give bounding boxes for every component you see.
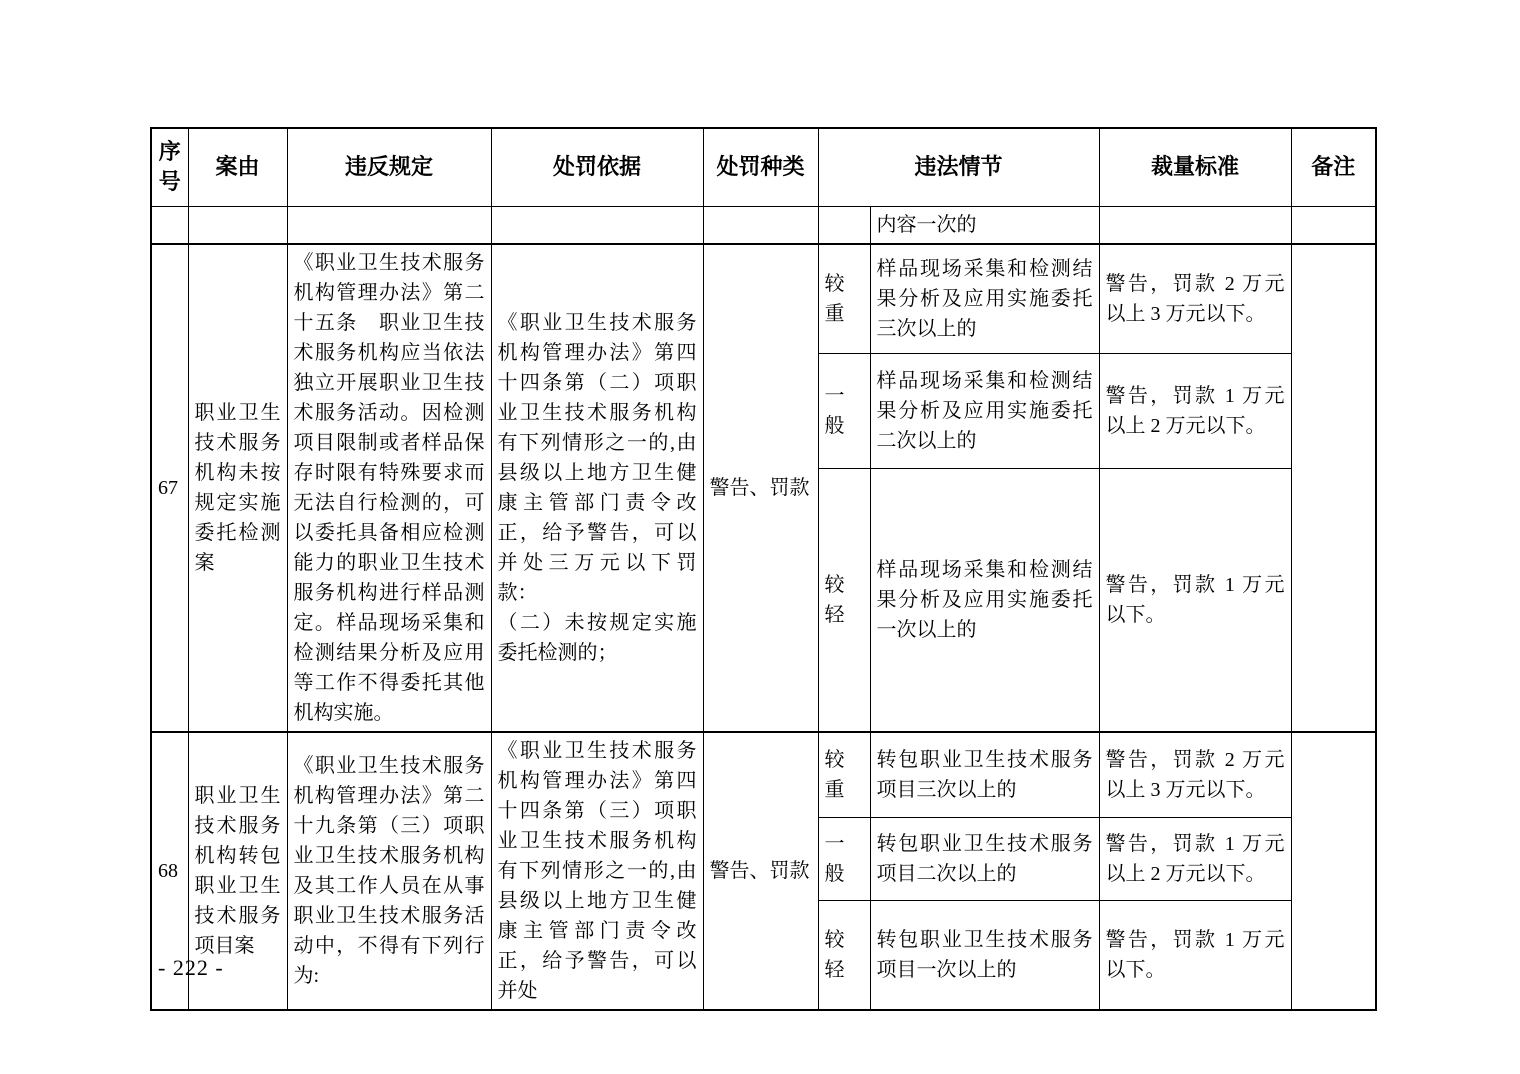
carryover-case-cell bbox=[188, 206, 287, 244]
case-67-severity-2-cell: 一般 bbox=[818, 354, 870, 469]
header-no: 序号 bbox=[151, 128, 188, 206]
case-67-circumstance-3-cell: 样品现场采集和检测结果分析及应用实施委托一次以上的 bbox=[870, 468, 1099, 732]
case-67-violation-cell: 《职业卫生技术服务机构管理办法》第二十五条 职业卫生技术服务机构应当依法独立开展… bbox=[287, 244, 491, 732]
carryover-basis-cell bbox=[491, 206, 703, 244]
case-67-case-cell: 职业卫生技术服务机构未按规定实施委托检测案 bbox=[188, 244, 287, 732]
case-67-severity-3-cell: 较轻 bbox=[818, 468, 870, 732]
carryover-standard-cell bbox=[1099, 206, 1291, 244]
case-67-standard-3-cell: 警告，罚款 1 万元以下。 bbox=[1099, 468, 1291, 732]
case-67-severity-1-cell: 较重 bbox=[818, 244, 870, 354]
case-67-standard-1-cell: 警告，罚款 2 万元以上 3 万元以下。 bbox=[1099, 244, 1291, 354]
case-67-circumstance-1-cell: 样品现场采集和检测结果分析及应用实施委托三次以上的 bbox=[870, 244, 1099, 354]
case-68-severity-3-cell: 较轻 bbox=[818, 901, 870, 1010]
case-68-violation-cell: 《职业卫生技术服务机构管理办法》第二十九条第（三）项职业卫生技术服务机构及其工作… bbox=[287, 732, 491, 1010]
case-68-circumstance-2-cell: 转包职业卫生技术服务项目二次以上的 bbox=[870, 818, 1099, 901]
page-number: - 222 - bbox=[158, 955, 224, 981]
carryover-violation-cell bbox=[287, 206, 491, 244]
case-68-severity-2-cell: 一般 bbox=[818, 818, 870, 901]
carryover-row: 内容一次的 bbox=[151, 206, 1376, 244]
case-68-standard-2-cell: 警告，罚款 1 万元以上 2 万元以下。 bbox=[1099, 818, 1291, 901]
penalty-discretion-table: 序号 案由 违反规定 处罚依据 处罚种类 违法情节 裁量标准 备注 内容一次的 … bbox=[150, 127, 1377, 1011]
header-row: 序号 案由 违反规定 处罚依据 处罚种类 违法情节 裁量标准 备注 bbox=[151, 128, 1376, 206]
case-68-subrow-severe: 68 职业卫生技术服务机构转包职业卫生技术服务项目案 《职业卫生技术服务机构管理… bbox=[151, 732, 1376, 818]
document-page: 序号 案由 违反规定 处罚依据 处罚种类 违法情节 裁量标准 备注 内容一次的 … bbox=[0, 0, 1520, 1074]
header-penalty-type: 处罚种类 bbox=[703, 128, 818, 206]
case-68-severity-1-cell: 较重 bbox=[818, 732, 870, 818]
carryover-remarks-cell bbox=[1291, 206, 1376, 244]
carryover-circumstance-cell: 内容一次的 bbox=[870, 206, 1099, 244]
header-case: 案由 bbox=[188, 128, 287, 206]
carryover-type-cell bbox=[703, 206, 818, 244]
case-67-basis-cell: 《职业卫生技术服务机构管理办法》第四十四条第（二）项职业卫生技术服务机构有下列情… bbox=[491, 244, 703, 732]
carryover-no-cell bbox=[151, 206, 188, 244]
case-67-standard-2-cell: 警告，罚款 1 万元以上 2 万元以下。 bbox=[1099, 354, 1291, 469]
case-68-basis-cell: 《职业卫生技术服务机构管理办法》第四十四条第（三）项职业卫生技术服务机构有下列情… bbox=[491, 732, 703, 1010]
carryover-severity-cell bbox=[818, 206, 870, 244]
case-67-circumstance-2-cell: 样品现场采集和检测结果分析及应用实施委托二次以上的 bbox=[870, 354, 1099, 469]
case-67-penalty-type-cell: 警告、罚款 bbox=[703, 244, 818, 732]
header-standard: 裁量标准 bbox=[1099, 128, 1291, 206]
case-67-number-cell: 67 bbox=[151, 244, 188, 732]
case-68-standard-1-cell: 警告，罚款 2 万元以上 3 万元以下。 bbox=[1099, 732, 1291, 818]
header-circumstances: 违法情节 bbox=[818, 128, 1099, 206]
case-67-remarks-cell bbox=[1291, 244, 1376, 732]
case-68-standard-3-cell: 警告，罚款 1 万元以下。 bbox=[1099, 901, 1291, 1010]
case-67-subrow-severe: 67 职业卫生技术服务机构未按规定实施委托检测案 《职业卫生技术服务机构管理办法… bbox=[151, 244, 1376, 354]
header-remarks: 备注 bbox=[1291, 128, 1376, 206]
header-penalty-basis: 处罚依据 bbox=[491, 128, 703, 206]
case-68-penalty-type-cell: 警告、罚款 bbox=[703, 732, 818, 1010]
header-violation: 违反规定 bbox=[287, 128, 491, 206]
case-68-circumstance-3-cell: 转包职业卫生技术服务项目一次以上的 bbox=[870, 901, 1099, 1010]
case-68-remarks-cell bbox=[1291, 732, 1376, 1010]
case-68-circumstance-1-cell: 转包职业卫生技术服务项目三次以上的 bbox=[870, 732, 1099, 818]
